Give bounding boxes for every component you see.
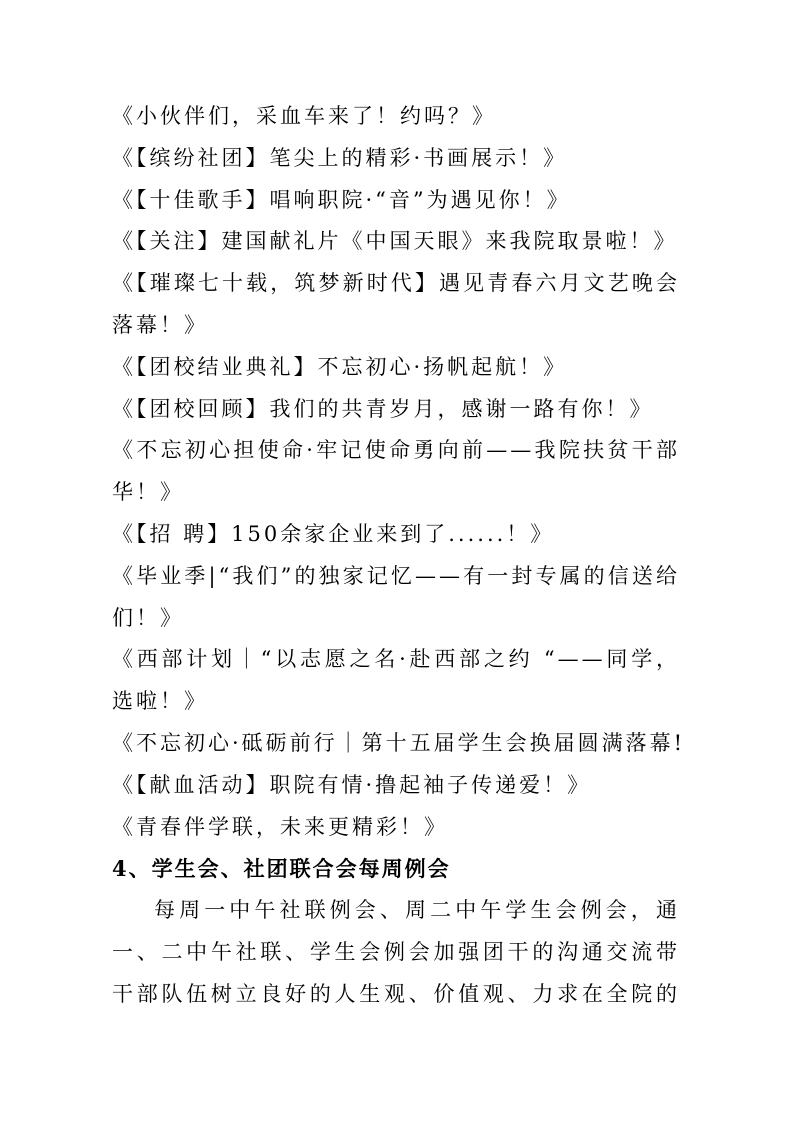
paragraph-line: 干部队伍树立良好的人生观、价值观、力求在全院的学生中 <box>112 974 680 1016</box>
article-title-line: 《小伙伴们，采血车来了！约吗？》 <box>112 96 680 138</box>
article-title-line-continuation: 落幕！》 <box>112 305 680 347</box>
article-title-line: 《毕业季|“我们”的独家记忆——有一封专属的信送给你 <box>112 556 680 598</box>
document-page: 《小伙伴们，采血车来了！约吗？》 《【缤纷社团】笔尖上的精彩·书画展示！》 《【… <box>0 0 793 1122</box>
article-title-line-continuation: 华！》 <box>112 472 680 514</box>
article-title-line: 《【献血活动】职院有情·撸起袖子传递爱！》 <box>112 765 680 807</box>
article-title-line: 《【团校结业典礼】不忘初心·扬帆起航！》 <box>112 347 680 389</box>
article-title-line: 《西部计划｜“以志愿之名·赴西部之约 “——同学，你入 <box>112 639 680 681</box>
article-title-line: 《青春伴学联，未来更精彩！》 <box>112 807 680 849</box>
article-title-line: 《不忘初心担使命·牢记使命勇向前——我院扶贫干部沈 <box>112 430 680 472</box>
paragraph-line: 每周一中午社联例会、周二中午学生会例会，通过每周 <box>112 890 680 932</box>
article-title-line-continuation: 们！》 <box>112 598 680 640</box>
article-title-line: 《【缤纷社团】笔尖上的精彩·书画展示！》 <box>112 138 680 180</box>
section-heading: 4、学生会、社团联合会每周例会 <box>112 848 680 890</box>
paragraph-line: 一、二中午社联、学生会例会加强团干的沟通交流带领学生 <box>112 932 680 974</box>
document-text-block: 《小伙伴们，采血车来了！约吗？》 《【缤纷社团】笔尖上的精彩·书画展示！》 《【… <box>112 96 680 1016</box>
article-title-line: 《【招 聘】150余家企业来到了......！》 <box>112 514 680 556</box>
article-title-line: 《【十佳歌手】唱响职院·“音”为遇见你！》 <box>112 180 680 222</box>
article-title-line: 《【团校回顾】我们的共青岁月，感谢一路有你！》 <box>112 389 680 431</box>
article-title-line: 《【关注】建国献礼片《中国天眼》来我院取景啦！》 <box>112 221 680 263</box>
article-title-line: 《【璀璨七十载，筑梦新时代】遇见青春六月文艺晚会圆满 <box>112 263 680 305</box>
article-title-line-continuation: 选啦！》 <box>112 681 680 723</box>
article-title-line: 《不忘初心·砥砺前行｜第十五届学生会换届圆满落幕!》 <box>112 723 680 765</box>
